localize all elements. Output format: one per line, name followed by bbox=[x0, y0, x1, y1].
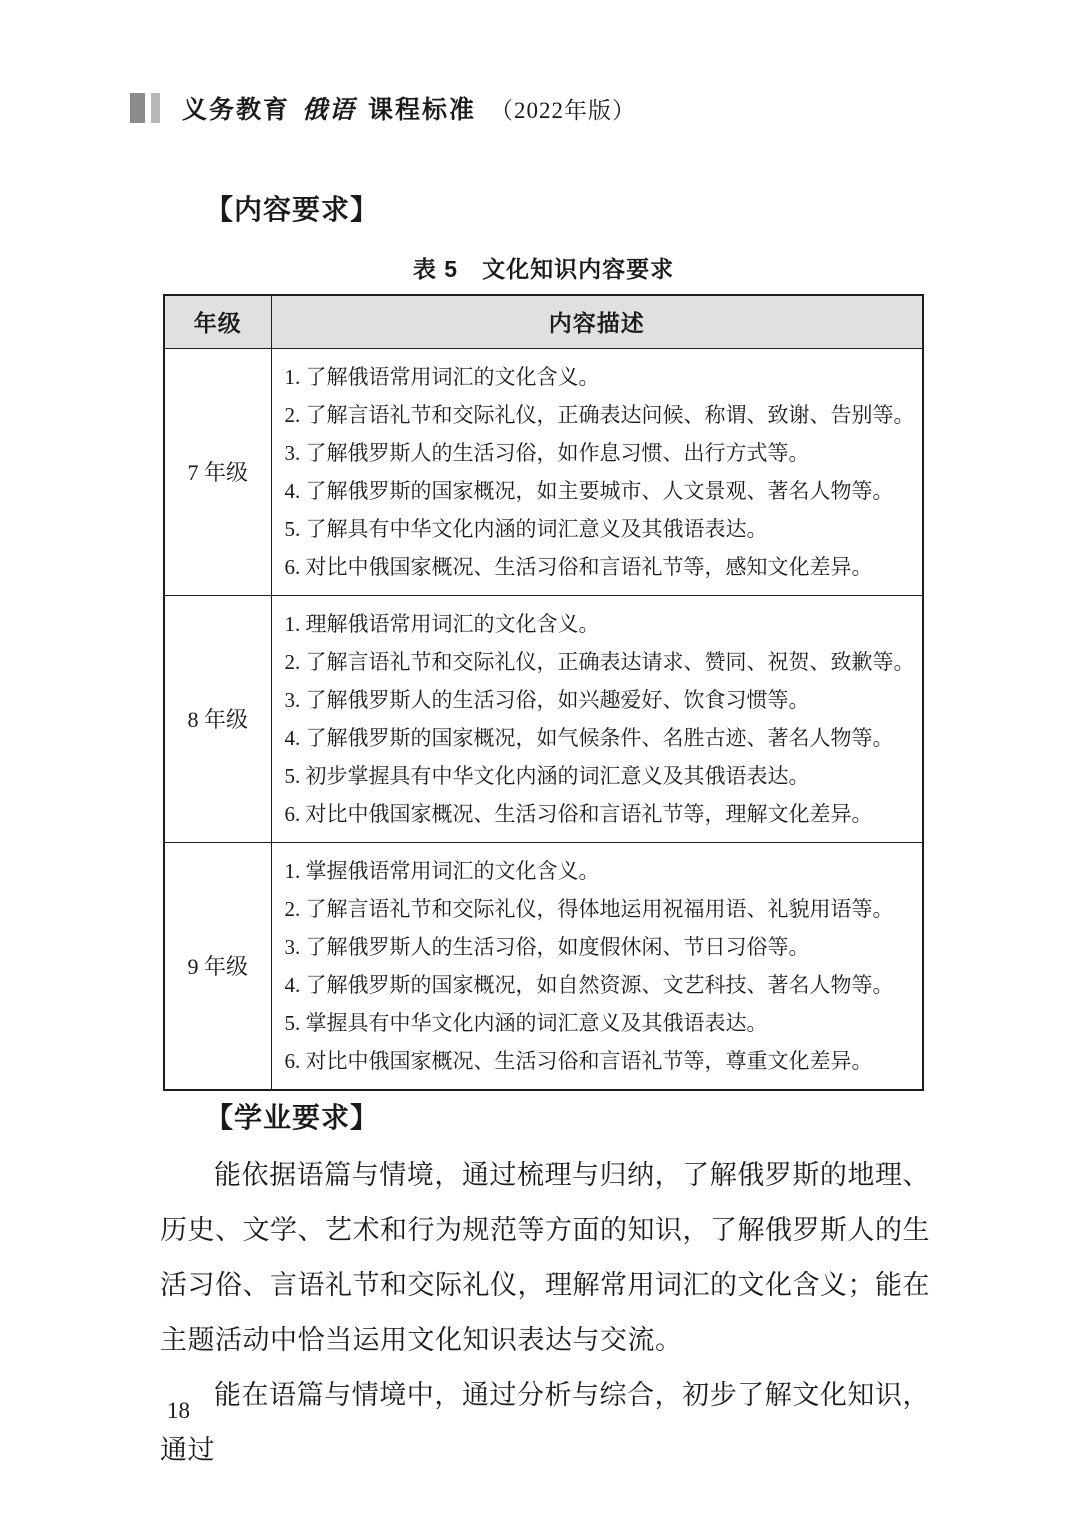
content-item: 1. 了解俄语常用词汇的文化含义。 bbox=[285, 358, 917, 396]
paragraph-1: 能依据语篇与情境，通过梳理与归纳，了解俄罗斯的地理、历史、文学、艺术和行为规范等… bbox=[160, 1148, 930, 1368]
content-item: 1. 理解俄语常用词汇的文化含义。 bbox=[285, 605, 917, 643]
header-bar-light-icon bbox=[151, 93, 160, 123]
content-item: 5. 了解具有中华文化内涵的词汇意义及其俄语表达。 bbox=[285, 510, 917, 548]
grade-7-cell: 7 年级 bbox=[164, 348, 271, 595]
content-item: 3. 了解俄罗斯人的生活习俗，如度假休闲、节日习俗等。 bbox=[285, 928, 917, 966]
header-edition: （2022年版） bbox=[490, 92, 636, 125]
content-item: 6. 对比中俄国家概况、生活习俗和言语礼节等，理解文化差异。 bbox=[285, 795, 917, 833]
content-item: 2. 了解言语礼节和交际礼仪，得体地运用祝福用语、礼貌用语等。 bbox=[285, 890, 917, 928]
header-doc-type: 课程标准 bbox=[368, 90, 476, 126]
header-bar-dark-icon bbox=[130, 93, 145, 123]
body-text: 能依据语篇与情境，通过梳理与归纳，了解俄罗斯的地理、历史、文学、艺术和行为规范等… bbox=[160, 1148, 930, 1478]
grade-8-cell: 8 年级 bbox=[164, 595, 271, 842]
content-item: 2. 了解言语礼节和交际礼仪，正确表达问候、称谓、致谢、告别等。 bbox=[285, 396, 917, 434]
running-header: 义务教育 俄语 课程标准 （2022年版） bbox=[130, 90, 636, 126]
header-series: 义务教育 bbox=[182, 90, 290, 126]
content-item: 4. 了解俄罗斯的国家概况，如自然资源、文艺科技、著名人物等。 bbox=[285, 966, 917, 1004]
paragraph-2: 能在语篇与情境中，通过分析与综合，初步了解文化知识，通过 bbox=[160, 1368, 930, 1478]
content-item: 1. 掌握俄语常用词汇的文化含义。 bbox=[285, 852, 917, 890]
page-number: 18 bbox=[167, 1398, 190, 1424]
table-row-grade7: 7 年级 1. 了解俄语常用词汇的文化含义。 2. 了解言语礼节和交际礼仪，正确… bbox=[164, 348, 923, 595]
content-item: 4. 了解俄罗斯的国家概况，如主要城市、人文景观、著名人物等。 bbox=[285, 472, 917, 510]
grade-7-description-cell: 1. 了解俄语常用词汇的文化含义。 2. 了解言语礼节和交际礼仪，正确表达问候、… bbox=[271, 348, 923, 595]
table-row-grade8: 8 年级 1. 理解俄语常用词汇的文化含义。 2. 了解言语礼节和交际礼仪，正确… bbox=[164, 595, 923, 842]
header-subject: 俄语 bbox=[302, 90, 356, 126]
content-item: 6. 对比中俄国家概况、生活习俗和言语礼节等，尊重文化差异。 bbox=[285, 1042, 917, 1080]
content-item: 2. 了解言语礼节和交际礼仪，正确表达请求、赞同、祝贺、致歉等。 bbox=[285, 643, 917, 681]
content-item: 6. 对比中俄国家概况、生活习俗和言语礼节等，感知文化差异。 bbox=[285, 548, 917, 586]
culture-knowledge-table: 年级 内容描述 7 年级 1. 了解俄语常用词汇的文化含义。 2. 了解言语礼节… bbox=[163, 294, 924, 1091]
content-item: 5. 掌握具有中华文化内涵的词汇意义及其俄语表达。 bbox=[285, 1004, 917, 1042]
document-page: 义务教育 俄语 课程标准 （2022年版） 【内容要求】 表 5 文化知识内容要… bbox=[0, 0, 1088, 1536]
table-caption: 表 5 文化知识内容要求 bbox=[163, 251, 924, 284]
grade-8-description-cell: 1. 理解俄语常用词汇的文化含义。 2. 了解言语礼节和交际礼仪，正确表达请求、… bbox=[271, 595, 923, 842]
grade-9-description-cell: 1. 掌握俄语常用词汇的文化含义。 2. 了解言语礼节和交际礼仪，得体地运用祝福… bbox=[271, 842, 923, 1090]
academic-requirements-heading: 【学业要求】 bbox=[205, 1096, 379, 1136]
content-item: 5. 初步掌握具有中华文化内涵的词汇意义及其俄语表达。 bbox=[285, 757, 917, 795]
content-item: 3. 了解俄罗斯人的生活习俗，如兴趣爱好、饮食习惯等。 bbox=[285, 681, 917, 719]
table-header-row: 年级 内容描述 bbox=[164, 295, 923, 348]
grade-9-cell: 9 年级 bbox=[164, 842, 271, 1090]
table-header-grade: 年级 bbox=[164, 295, 271, 348]
content-item: 3. 了解俄罗斯人的生活习俗，如作息习惯、出行方式等。 bbox=[285, 434, 917, 472]
table-header-description: 内容描述 bbox=[271, 295, 923, 348]
table-row-grade9: 9 年级 1. 掌握俄语常用词汇的文化含义。 2. 了解言语礼节和交际礼仪，得体… bbox=[164, 842, 923, 1090]
content-item: 4. 了解俄罗斯的国家概况，如气候条件、名胜古迹、著名人物等。 bbox=[285, 719, 917, 757]
content-requirements-heading: 【内容要求】 bbox=[205, 188, 379, 228]
